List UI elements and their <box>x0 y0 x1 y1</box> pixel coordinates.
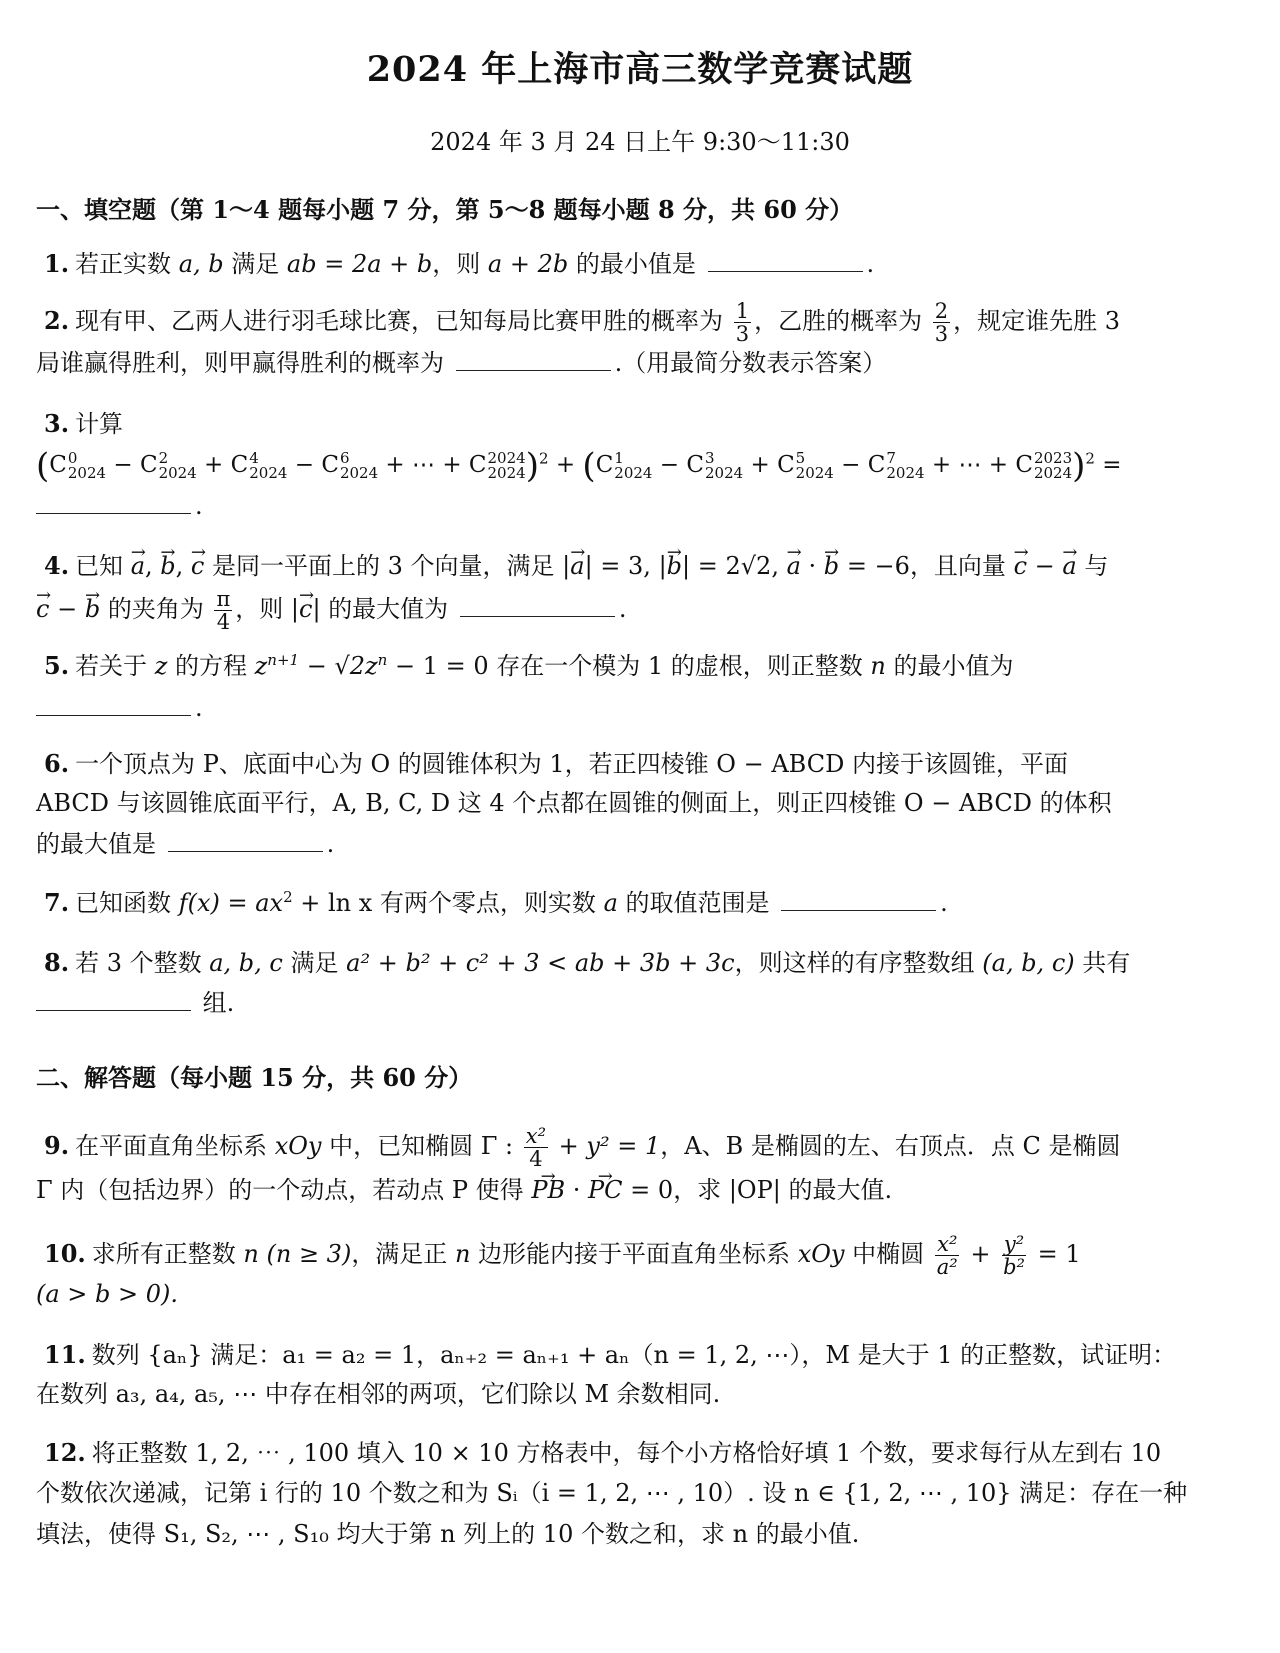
question-text: Γ 内（包括边界）的一个动点，若动点 P 使得 <box>36 1176 524 1204</box>
question-text: 已知函数 <box>75 889 171 917</box>
math-expression: a, b, c <box>209 949 283 977</box>
question-2-line-2: 局谁赢得胜利，则甲赢得胜利的概率为 .（用最简分数表示答案） <box>36 343 1246 384</box>
question-number: 8. <box>44 948 69 977</box>
question-text: 一个顶点为 P、底面中心为 O 的圆锥体积为 1，若正四棱锥 O − ABCD … <box>75 750 1068 778</box>
numerator: 1 <box>734 300 751 323</box>
punctuation: . <box>195 492 203 520</box>
math-expression: xOy <box>275 1132 322 1160</box>
binomial-indices: 02024 <box>68 451 106 481</box>
question-text: 边形能内接于平面直角坐标系 <box>478 1240 790 1268</box>
question-number: 10. <box>44 1239 86 1268</box>
vector-a: a <box>570 546 584 587</box>
question-text: ，则这样的有序整数组 <box>735 949 975 977</box>
denominator: 4 <box>215 611 232 633</box>
question-text: 将正整数 1, 2, ⋯ , 100 填入 10 × 10 方格表中，每个小方格… <box>92 1439 1161 1467</box>
question-4-line-2: c − b 的夹角为 π4，则 |c| 的最大值为 . <box>36 588 1246 633</box>
subscript: 2024 <box>886 466 924 481</box>
numerator: 2 <box>933 300 950 323</box>
math-expression: + ln x <box>293 889 373 917</box>
math-expression: n <box>455 1240 470 1268</box>
vector-pc: PC <box>588 1170 623 1211</box>
page-title: 2024 年上海市高三数学竞赛试题 <box>0 42 1280 92</box>
question-2: 2.现有甲、乙两人进行羽毛球比赛，已知每局比赛甲胜的概率为 13，乙胜的概率为 … <box>36 300 1246 345</box>
vector-a: a <box>131 546 145 587</box>
punctuation: . <box>940 889 948 917</box>
subscript: 2024 <box>159 466 197 481</box>
binomial-indices: 22024 <box>159 451 197 481</box>
fraction: 13 <box>734 300 751 345</box>
question-text: 的最小值是 <box>576 250 696 278</box>
question-text: 中椭圆 <box>852 1240 924 1268</box>
question-text: .（用最简分数表示答案） <box>615 349 887 377</box>
right-paren: ) <box>1072 446 1085 486</box>
punctuation: . <box>619 595 627 623</box>
question-text: ，则 <box>235 595 283 623</box>
math-expression: z <box>255 652 268 680</box>
question-8-answer-line: 组. <box>36 983 1246 1024</box>
question-text: 现有甲、乙两人进行羽毛球比赛，已知每局比赛甲胜的概率为 <box>75 307 723 335</box>
question-12-line-2: 个数依次递减，记第 i 行的 10 个数之和为 Sᵢ（i = 1, 2, ⋯ ,… <box>36 1473 1246 1514</box>
question-text: 满足 <box>291 949 339 977</box>
math-expression: ab = 2a + b <box>287 250 432 278</box>
section-problem-solving-heading: 二、解答题（每小题 15 分，共 60 分） <box>36 1058 472 1093</box>
binomial-indices: 32024 <box>705 451 743 481</box>
vector-c: c <box>191 546 204 587</box>
question-text: 若 3 个整数 <box>75 949 202 977</box>
math-expression: z <box>155 652 168 680</box>
exponent: n+1 <box>267 651 299 669</box>
math-expression: n (n ≥ 3) <box>243 1240 351 1268</box>
question-text: 共有 <box>1082 949 1130 977</box>
math-expression: a + 2b <box>488 250 568 278</box>
binomial-indices: 20232024 <box>1034 451 1072 481</box>
question-text: 在平面直角坐标系 <box>75 1132 267 1160</box>
question-12: 12.将正整数 1, 2, ⋯ , 100 填入 10 × 10 方格表中，每个… <box>36 1432 1246 1474</box>
exam-date-time: 2024 年 3 月 24 日上午 9:30～11:30 <box>0 122 1280 157</box>
question-number: 2. <box>44 306 69 335</box>
vector-b: b <box>160 546 175 587</box>
question-number: 9. <box>44 1131 69 1160</box>
question-5: 5.若关于 z 的方程 zn+1 − √2zn − 1 = 0 存在一个模为 1… <box>36 645 1246 687</box>
question-text: 是同一平面上的 3 个向量，满足 <box>212 552 555 580</box>
subscript: 2024 <box>1034 466 1072 481</box>
question-8: 8.若 3 个整数 a, b, c 满足 a² + b² + c² + 3 < … <box>36 942 1246 984</box>
math-expression: a, b <box>179 250 224 278</box>
math-expression: = −6 <box>847 552 910 580</box>
question-text: 数列 {aₙ} 满足：a₁ = a₂ = 1，aₙ₊₂ = aₙ₊₁ + aₙ（… <box>92 1341 1176 1369</box>
answer-blank[interactable] <box>460 594 615 617</box>
question-text: ，求 |OP| 的最大值. <box>673 1176 892 1204</box>
question-text: 求所有正整数 <box>92 1240 236 1268</box>
question-text: 的夹角为 <box>108 595 204 623</box>
question-text: 组. <box>203 989 235 1017</box>
question-6-line-2: ABCD 与该圆锥底面平行，A, B, C, D 这 4 个点都在圆锥的侧面上，… <box>36 783 1246 824</box>
question-text: ，则 <box>432 250 480 278</box>
question-text: ，乙胜的概率为 <box>754 307 922 335</box>
answer-blank[interactable] <box>708 249 863 272</box>
numerator: x² <box>524 1125 548 1148</box>
left-paren: ( <box>36 446 49 486</box>
punctuation: . <box>327 830 335 858</box>
denominator: 3 <box>734 323 751 345</box>
math-expression: xOy <box>798 1240 845 1268</box>
question-text: 若正实数 <box>75 250 171 278</box>
punctuation: . <box>867 250 875 278</box>
question-text: 的最大值为 <box>328 595 448 623</box>
answer-blank[interactable] <box>36 988 191 1011</box>
question-text: 的取值范围是 <box>626 889 770 917</box>
question-text: ，A、B 是椭圆的左、右顶点．点 C 是椭圆 <box>660 1132 1120 1160</box>
binomial-indices: 52024 <box>796 451 834 481</box>
fraction: y²b² <box>1001 1233 1027 1278</box>
question-12-line-3: 填法，使得 S₁, S₂, ⋯ , S₁₀ 均大于第 n 列上的 10 个数之和… <box>36 1514 1246 1555</box>
vector-c: c <box>1014 546 1027 587</box>
math-expression: a² + b² + c² + 3 < ab + 3b + 3c <box>346 949 734 977</box>
question-text: 与 <box>1084 552 1108 580</box>
question-text: 存在一个模为 1 的虚根，则正整数 <box>496 652 863 680</box>
exponent: 2 <box>283 888 293 906</box>
answer-blank[interactable] <box>781 888 936 911</box>
question-text: ，规定谁先胜 3 <box>953 307 1120 335</box>
question-10-line-2: (a > b > 0). <box>36 1274 1246 1315</box>
question-6-line-3: 的最大值是 . <box>36 824 1246 865</box>
fraction: x²a² <box>935 1233 960 1278</box>
question-5-answer-line: . <box>36 688 1246 729</box>
subscript: 2024 <box>249 466 287 481</box>
binomial-indices: 42024 <box>249 451 287 481</box>
fraction: 23 <box>933 300 950 345</box>
math-expression: (a, b, c) <box>982 949 1074 977</box>
math-expression: − √2z <box>299 652 378 680</box>
math-expression: = 1 <box>1038 1240 1081 1268</box>
subscript: 2024 <box>340 466 378 481</box>
denominator: 3 <box>933 323 950 345</box>
section-fill-in-blank-heading: 一、填空题（第 1～4 题每小题 7 分，第 5～8 题每小题 8 分，共 60… <box>36 190 853 225</box>
question-number: 12. <box>44 1438 86 1467</box>
question-number: 5. <box>44 651 69 680</box>
numerator: x² <box>935 1233 959 1256</box>
vector-pb: PB <box>531 1170 565 1211</box>
vector-a: a <box>787 546 801 587</box>
punctuation: . <box>195 694 203 722</box>
binomial-indices: 62024 <box>340 451 378 481</box>
question-number: 7. <box>44 888 69 917</box>
exam-page: 2024 年上海市高三数学竞赛试题 2024 年 3 月 24 日上午 9:30… <box>0 0 1280 1653</box>
math-expression: = 3, <box>600 552 651 580</box>
question-text: ，且向量 <box>910 552 1006 580</box>
numerator: y² <box>1002 1233 1026 1256</box>
binomial-indices: 12024 <box>614 451 652 481</box>
numerator: π <box>214 588 232 611</box>
math-expression: a <box>604 889 618 917</box>
question-4: 4.已知 a, b, c 是同一平面上的 3 个向量，满足 |a| = 3, |… <box>36 545 1246 587</box>
binomial-indices: 20242024 <box>488 451 526 481</box>
subscript: 2024 <box>614 466 652 481</box>
math-expression: = 0 <box>630 1176 673 1204</box>
fraction: π4 <box>214 588 232 633</box>
binomial-indices: 72024 <box>886 451 924 481</box>
question-text: ，满足正 <box>351 1240 447 1268</box>
question-number: 1. <box>44 249 69 278</box>
question-text: 的方程 <box>175 652 247 680</box>
vector-c: c <box>299 589 312 630</box>
subscript: 2024 <box>488 466 526 481</box>
left-paren: ( <box>582 446 595 486</box>
question-text: 局谁赢得胜利，则甲赢得胜利的概率为 <box>36 349 444 377</box>
question-6: 6.一个顶点为 P、底面中心为 O 的圆锥体积为 1，若正四棱锥 O − ABC… <box>36 743 1246 785</box>
question-3-expression: (C02024 − C22024 + C42024 − C62024 + ⋯ +… <box>36 445 1246 486</box>
question-text: 若关于 <box>75 652 147 680</box>
question-3-answer-line: . <box>36 486 1246 527</box>
question-11-line-2: 在数列 a₃, a₄, a₅, ⋯ 中存在相邻的两项，它们除以 M 余数相同. <box>36 1374 1246 1415</box>
question-11: 11.数列 {aₙ} 满足：a₁ = a₂ = 1，aₙ₊₂ = aₙ₊₁ + … <box>36 1334 1246 1376</box>
question-text: 的最大值是 <box>36 830 156 858</box>
question-3: 3.计算 <box>36 403 1246 445</box>
question-number: 3. <box>44 409 69 438</box>
answer-blank[interactable] <box>36 693 191 716</box>
subscript: 2024 <box>796 466 834 481</box>
question-7: 7.已知函数 f(x) = ax2 + ln x 有两个零点，则实数 a 的取值… <box>36 882 1246 924</box>
math-expression: n <box>870 652 885 680</box>
answer-blank[interactable] <box>168 829 323 852</box>
vector-a: a <box>1062 546 1076 587</box>
question-number: 6. <box>44 749 69 778</box>
right-paren: ) <box>526 446 539 486</box>
vector-b: b <box>824 546 839 587</box>
question-text: 有两个零点，则实数 <box>380 889 596 917</box>
math-expression: f(x) = ax <box>179 889 283 917</box>
vector-b: b <box>667 546 682 587</box>
question-text: 满足 <box>231 250 279 278</box>
math-expression: − 1 = 0 <box>387 652 488 680</box>
exponent: n <box>378 651 388 669</box>
question-text: 中，已知椭圆 Γ : <box>329 1132 513 1160</box>
question-text: 的最小值为 <box>894 652 1014 680</box>
question-10: 10.求所有正整数 n (n ≥ 3)，满足正 n 边形能内接于平面直角坐标系 … <box>36 1233 1246 1278</box>
subscript: 2024 <box>705 466 743 481</box>
question-1: 1.若正实数 a, b 满足 ab = 2a + b，则 a + 2b 的最小值… <box>36 243 1246 285</box>
subscript: 2024 <box>68 466 106 481</box>
question-number: 11. <box>44 1340 86 1369</box>
question-text: 计算 <box>75 410 123 438</box>
answer-blank[interactable] <box>36 491 191 514</box>
question-9: 9.在平面直角坐标系 xOy 中，已知椭圆 Γ : x²4 + y² = 1，A… <box>36 1125 1246 1170</box>
answer-blank[interactable] <box>456 348 611 371</box>
vector-c: c <box>36 589 49 630</box>
math-expression: = 2√2, <box>698 552 779 580</box>
question-9-line-2: Γ 内（包括边界）的一个动点，若动点 P 使得 PB · PC = 0，求 |O… <box>36 1170 1246 1211</box>
vector-b: b <box>85 589 100 630</box>
math-expression: (a > b > 0). <box>36 1280 178 1308</box>
